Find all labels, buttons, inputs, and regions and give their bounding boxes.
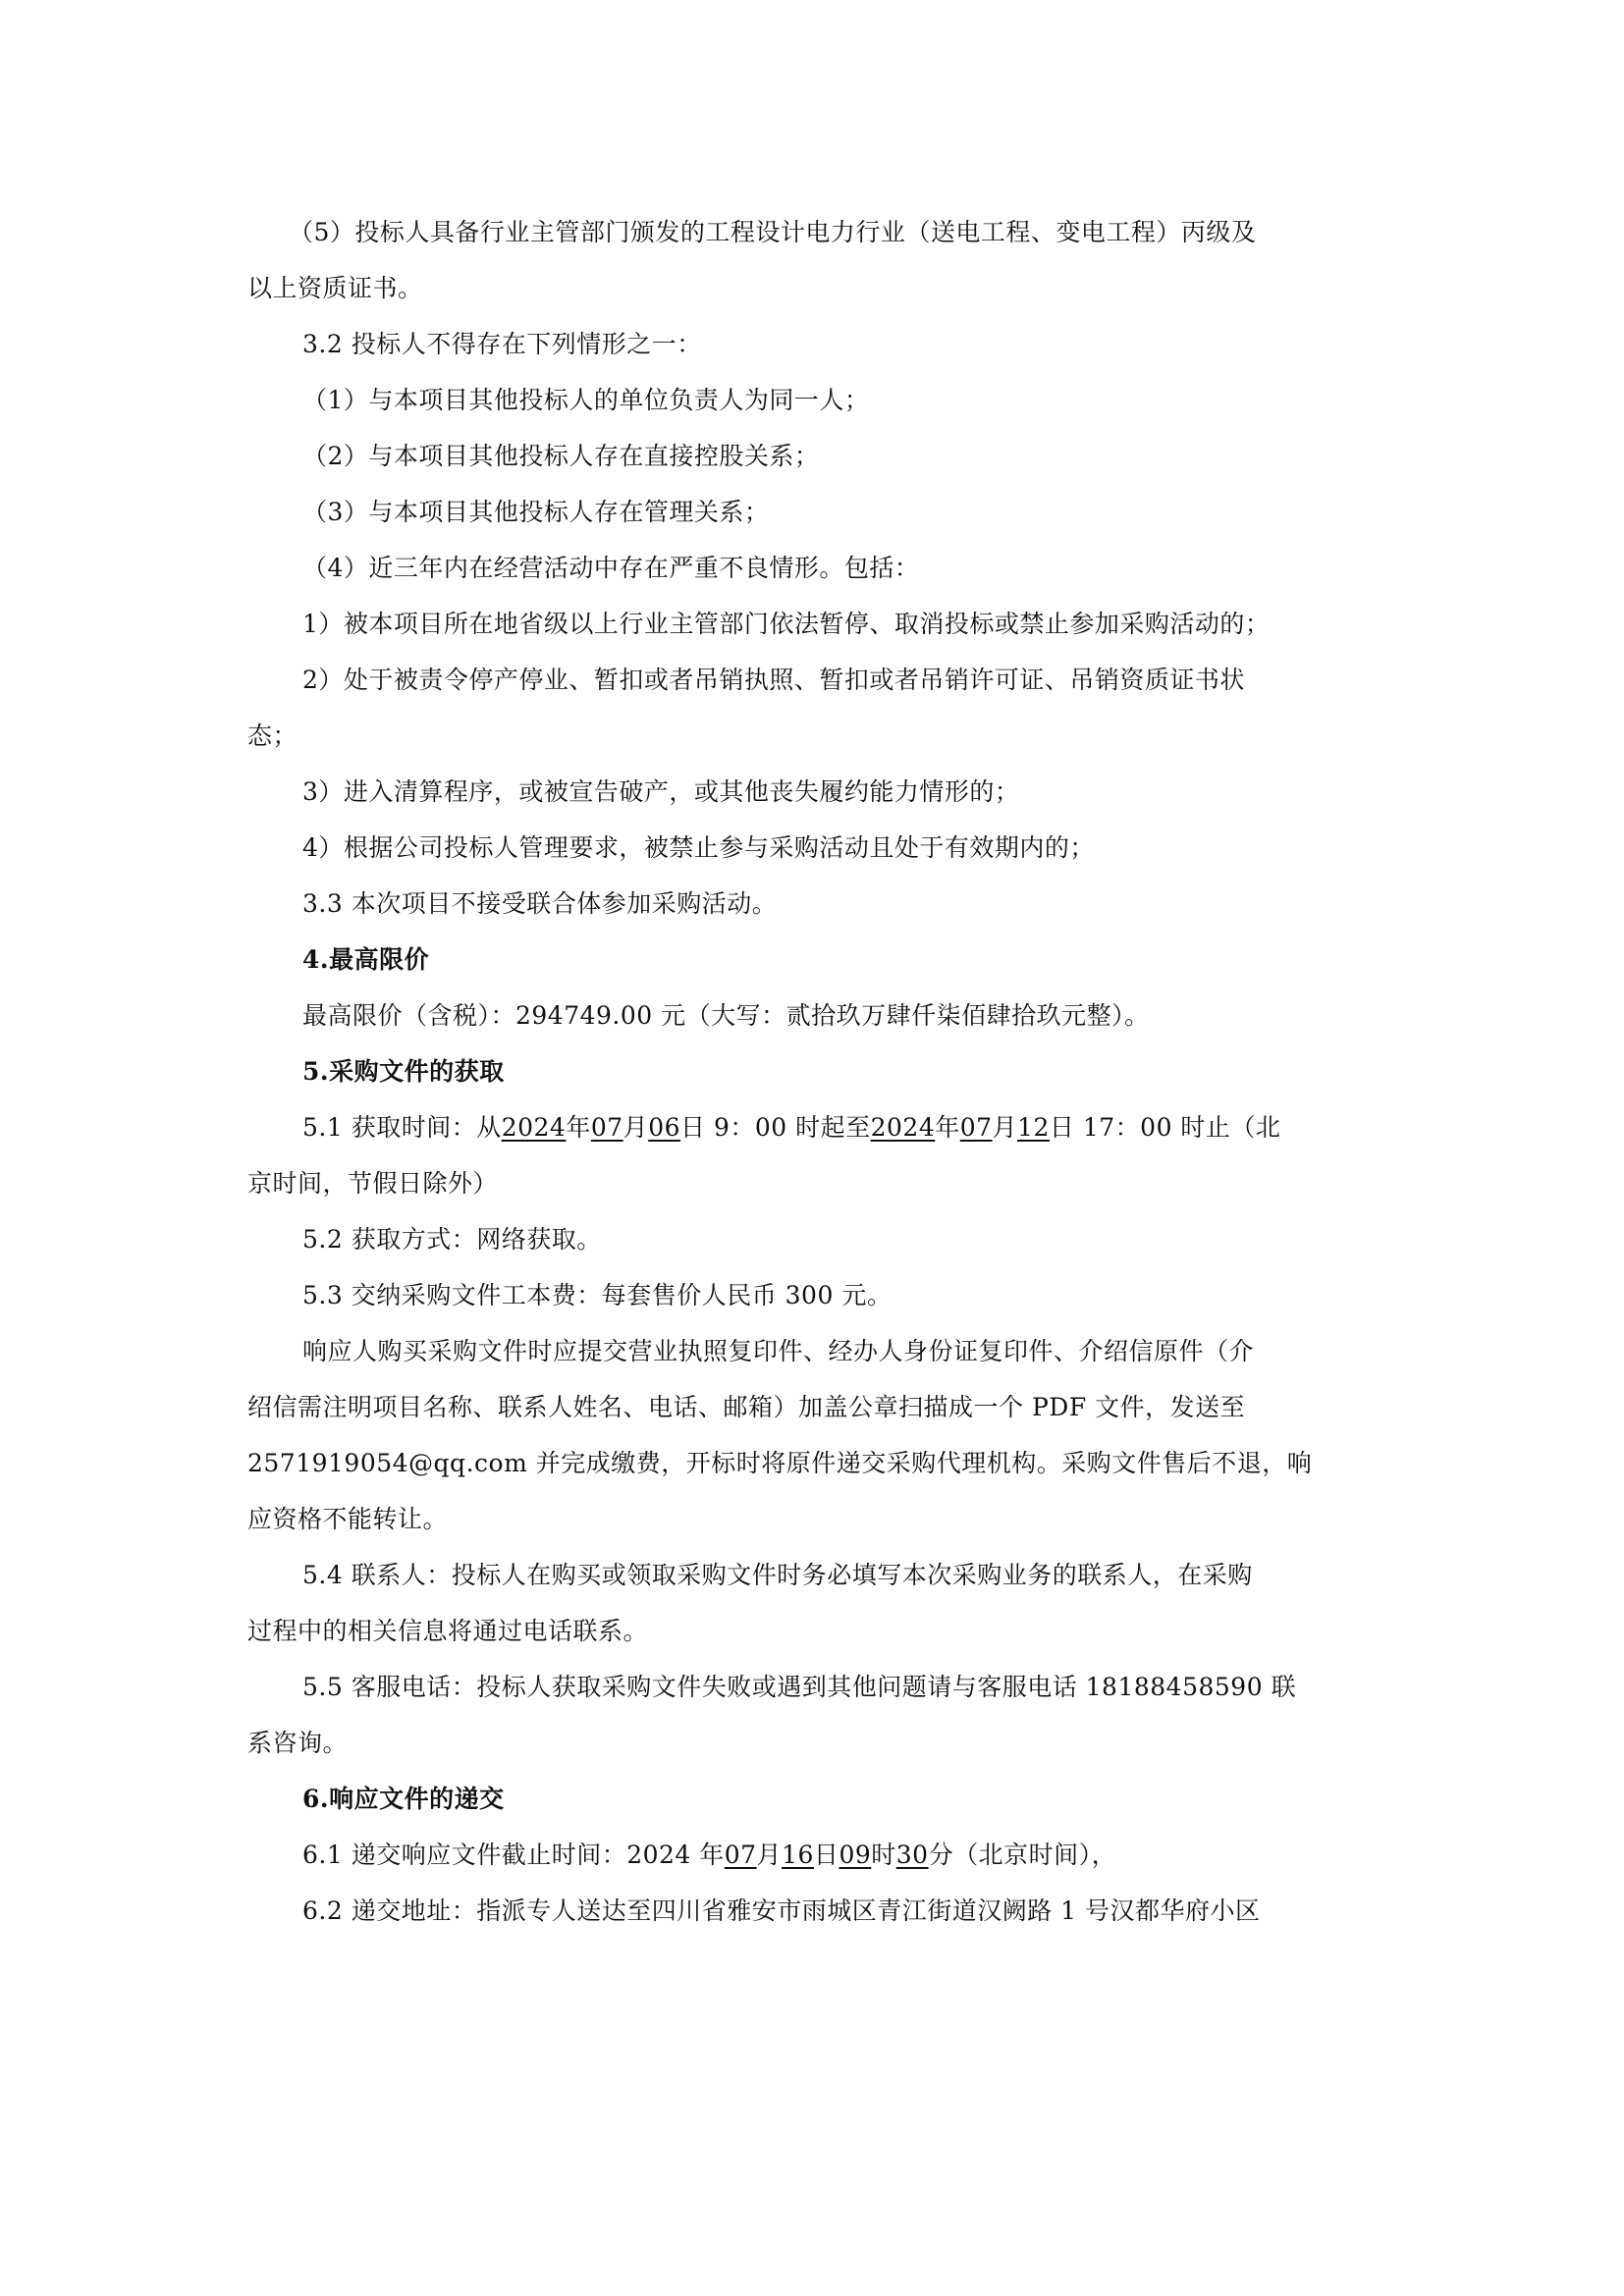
deadline-month: 07 — [725, 1841, 757, 1869]
response-para-line4: 应资格不能转让。 — [247, 1491, 1386, 1547]
exclusion-item-1: （1）与本项目其他投标人的单位负责人为同一人； — [247, 372, 1386, 428]
deadline-label: 6.1 递交响应文件截止时间：2024 年 — [302, 1841, 725, 1869]
deadline-minute: 30 — [896, 1841, 929, 1869]
year-char-2: 年 — [935, 1113, 960, 1142]
deadline-hour: 09 — [839, 1841, 871, 1869]
section-6-2: 6.2 递交地址：指派专人送达至四川省雅安市雨城区青江街道汉阙路 1 号汉都华府… — [247, 1883, 1386, 1939]
requirement-5-line2: 以上资质证书。 — [247, 260, 1386, 316]
sub-item-3: 3）进入清算程序，或被宣告破产，或其他丧失履约能力情形的； — [247, 764, 1386, 820]
heading-4-max-price: 4.最高限价 — [247, 932, 1386, 988]
acquisition-time-label: 5.1 获取时间：从 — [302, 1113, 502, 1142]
sub-item-4: 4）根据公司投标人管理要求，被禁止参与采购活动且处于有效期内的； — [247, 820, 1386, 876]
section-3-3: 3.3 本次项目不接受联合体参加采购活动。 — [247, 876, 1386, 932]
max-price-text: 最高限价（含税）：294749.00 元（大写：贰拾玖万肆仟柒佰肆拾玖元整）。 — [247, 988, 1386, 1043]
end-time-text: 日 17：00 时止（北 — [1050, 1113, 1281, 1142]
year-char: 年 — [566, 1113, 591, 1142]
section-3-2-title: 3.2 投标人不得存在下列情形之一： — [247, 316, 1386, 372]
month-char: 月 — [623, 1113, 649, 1142]
sub-item-2-line1: 2）处于被责令停产停业、暂扣或者吊销执照、暂扣或者吊销许可证、吊销资质证书状 — [247, 652, 1386, 708]
exclusion-item-3: （3）与本项目其他投标人存在管理关系； — [247, 484, 1386, 540]
section-5-1-line1: 5.1 获取时间：从2024年07月06日 9：00 时起至2024年07月12… — [247, 1099, 1386, 1155]
response-para-line3: 2571919054@qq.com 并完成缴费，开标时将原件递交采购代理机构。采… — [247, 1435, 1386, 1491]
document-page: （5）投标人具备行业主管部门颁发的工程设计电力行业（送电工程、变电工程）丙级及 … — [247, 204, 1386, 1939]
exclusion-item-4: （4）近三年内在经营活动中存在严重不良情形。包括： — [247, 540, 1386, 596]
start-year: 2024 — [502, 1113, 567, 1142]
section-5-3: 5.3 交纳采购文件工本费：每套售价人民币 300 元。 — [247, 1267, 1386, 1323]
exclusion-item-2: （2）与本项目其他投标人存在直接控股关系； — [247, 428, 1386, 484]
hour-char: 时 — [871, 1841, 896, 1869]
requirement-5-line1: （5）投标人具备行业主管部门颁发的工程设计电力行业（送电工程、变电工程）丙级及 — [247, 204, 1386, 260]
start-time-text: 日 9：00 时起至 — [680, 1113, 871, 1142]
deadline-tail: 分（北京时间）， — [929, 1841, 1117, 1869]
heading-6-submission: 6.响应文件的递交 — [247, 1771, 1386, 1827]
end-month: 07 — [960, 1113, 993, 1142]
section-5-4-line1: 5.4 联系人：投标人在购买或领取采购文件时务必填写本次采购业务的联系人，在采购 — [247, 1547, 1386, 1603]
section-5-5-line1: 5.5 客服电话：投标人获取采购文件失败或遇到其他问题请与客服电话 181884… — [247, 1659, 1386, 1715]
sub-item-1: 1）被本项目所在地省级以上行业主管部门依法暂停、取消投标或禁止参加采购活动的； — [247, 596, 1386, 652]
section-5-2: 5.2 获取方式：网络获取。 — [247, 1211, 1386, 1267]
month-char-2: 月 — [993, 1113, 1018, 1142]
section-6-1: 6.1 递交响应文件截止时间：2024 年07月16日09时30分（北京时间）， — [247, 1827, 1386, 1883]
month-char-3: 月 — [757, 1841, 783, 1869]
end-year: 2024 — [871, 1113, 936, 1142]
sub-item-2-line2: 态； — [247, 708, 1386, 764]
heading-5-document-acquisition: 5.采购文件的获取 — [247, 1043, 1386, 1099]
response-para-line1: 响应人购买采购文件时应提交营业执照复印件、经办人身份证复印件、介绍信原件（介 — [247, 1323, 1386, 1379]
start-day: 06 — [648, 1113, 680, 1142]
section-5-4-line2: 过程中的相关信息将通过电话联系。 — [247, 1603, 1386, 1659]
section-5-5-line2: 系咨询。 — [247, 1715, 1386, 1771]
end-day: 12 — [1017, 1113, 1050, 1142]
section-5-1-line2: 京时间，节假日除外） — [247, 1155, 1386, 1211]
start-month: 07 — [591, 1113, 623, 1142]
deadline-day: 16 — [782, 1841, 814, 1869]
response-para-line2: 绍信需注明项目名称、联系人姓名、电话、邮箱）加盖公章扫描成一个 PDF 文件，发… — [247, 1379, 1386, 1435]
day-char: 日 — [814, 1841, 839, 1869]
